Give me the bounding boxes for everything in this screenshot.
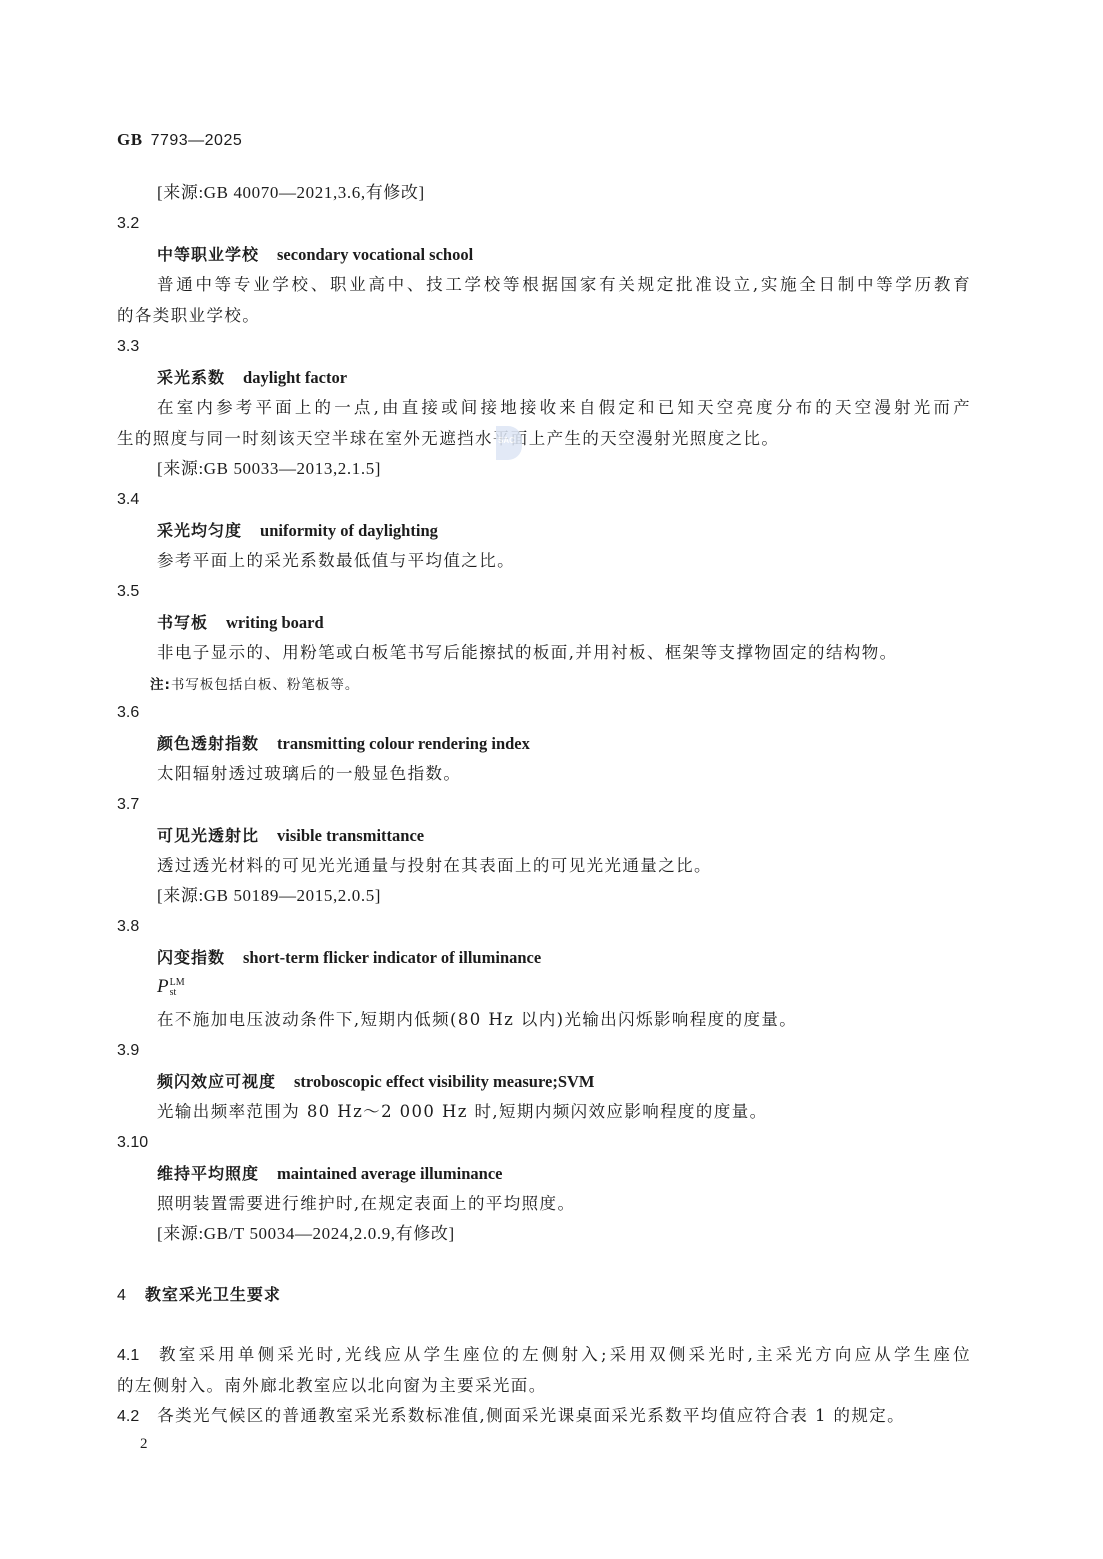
term-en: daylight factor [243, 368, 347, 387]
term-en: maintained average illuminance [277, 1164, 503, 1183]
term-heading: 采光系数daylight factor [157, 367, 971, 389]
definition-line: 在不施加电压波动条件下,短期内低频(80 Hz 以内)光输出闪烁影响程度的度量。 [157, 1009, 971, 1031]
watermark-text: SAC [498, 436, 515, 445]
clause-text: 教室采用单侧采光时,光线应从学生座位的左侧射入;采用双侧采光时,主采光方向应从学… [157, 1345, 971, 1364]
source-reference: [来源:GB 40070—2021,3.6,有修改] [157, 182, 971, 204]
term-number: 3.2 [117, 213, 971, 235]
term-heading: 采光均匀度uniformity of daylighting [157, 520, 971, 542]
term-zh: 采光系数 [157, 368, 225, 387]
term-heading: 闪变指数short-term flicker indicator of illu… [157, 947, 971, 969]
source-reference: [来源:GB 50189—2015,2.0.5] [157, 885, 971, 907]
term-symbol: PLMst [157, 976, 971, 998]
term-en: stroboscopic effect visibility measure;S… [294, 1072, 594, 1091]
term-zh: 维持平均照度 [157, 1164, 259, 1183]
document-header: GB7793—2025 [117, 130, 242, 150]
term-number: 3.6 [117, 702, 971, 724]
term-zh: 可见光透射比 [157, 826, 259, 845]
term-en: transmitting colour rendering index [277, 734, 530, 753]
term-en: secondary vocational school [277, 245, 473, 264]
term-heading: 可见光透射比visible transmittance [157, 825, 971, 847]
definition-line: 参考平面上的采光系数最低值与平均值之比。 [157, 550, 971, 572]
definition-line: 光输出频率范围为 80 Hz～2 000 Hz 时,短期内频闪效应影响程度的度量… [157, 1101, 971, 1123]
standard-number: 7793—2025 [151, 132, 243, 149]
section-heading: 4教室采光卫生要求 [117, 1284, 971, 1307]
definition-line: 的各类职业学校。 [117, 305, 971, 327]
term-heading: 书写板writing board [157, 612, 971, 634]
term-heading: 频闪效应可视度stroboscopic effect visibility me… [157, 1071, 971, 1093]
clause-text: 各类光气候区的普通教室采光系数标准值,侧面采光课桌面采光系数平均值应符合表 1 … [157, 1406, 905, 1425]
term-en: short-term flicker indicator of illumina… [243, 948, 541, 967]
term-zh: 闪变指数 [157, 948, 225, 967]
clause-line: 4.1教室采用单侧采光时,光线应从学生座位的左侧射入;采用双侧采光时,主采光方向… [117, 1344, 971, 1367]
term-en: uniformity of daylighting [260, 521, 438, 540]
term-zh: 采光均匀度 [157, 521, 242, 540]
clause-line: 的左侧射入。南外廊北教室应以北向窗为主要采光面。 [117, 1375, 971, 1397]
term-en: visible transmittance [277, 826, 424, 845]
page-number: 2 [140, 1436, 148, 1453]
term-en: writing board [226, 613, 324, 632]
note-label: 注: [150, 677, 171, 693]
term-zh: 书写板 [157, 613, 208, 632]
watermark-logo: SAC [496, 426, 522, 460]
section-title: 教室采光卫生要求 [145, 1285, 281, 1304]
term-number: 3.5 [117, 581, 971, 603]
term-zh: 颜色透射指数 [157, 734, 259, 753]
definition-line: 照明装置需要进行维护时,在规定表面上的平均照度。 [157, 1193, 971, 1215]
term-heading: 维持平均照度maintained average illuminance [157, 1163, 971, 1185]
term-number: 3.8 [117, 916, 971, 938]
definition-line: 在室内参考平面上的一点,由直接或间接地接收来自假定和已知天空亮度分布的天空漫射光… [157, 397, 971, 419]
definition-line: 太阳辐射透过玻璃后的一般显色指数。 [157, 763, 971, 785]
term-number: 3.10 [117, 1132, 971, 1154]
definition-line: 生的照度与同一时刻该天空半球在室外无遮挡水平面上产生的天空漫射光照度之比。 [117, 428, 971, 450]
clause-number: 4.1 [117, 1347, 139, 1364]
standard-prefix: GB [117, 130, 143, 149]
note-text: 书写板包括白板、粉笔板等。 [171, 677, 360, 693]
section-number: 4 [117, 1287, 127, 1304]
term-heading: 颜色透射指数transmitting colour rendering inde… [157, 733, 971, 755]
clause-line: 4.2各类光气候区的普通教室采光系数标准值,侧面采光课桌面采光系数平均值应符合表… [117, 1405, 971, 1428]
symbol-scripts: LMst [170, 978, 185, 998]
definition-line: 非电子显示的、用粉笔或白板笔书写后能擦拭的板面,并用衬板、框架等支撑物固定的结构… [157, 642, 971, 664]
term-number: 3.3 [117, 336, 971, 358]
term-number: 3.9 [117, 1040, 971, 1062]
symbol-subscript: st [170, 988, 185, 998]
term-zh: 频闪效应可视度 [157, 1072, 276, 1091]
term-zh: 中等职业学校 [157, 245, 259, 264]
source-reference: [来源:GB 50033—2013,2.1.5] [157, 458, 971, 480]
definition-line: 普通中等专业学校、职业高中、技工学校等根据国家有关规定批准设立,实施全日制中等学… [157, 274, 971, 296]
term-number: 3.7 [117, 794, 971, 816]
clause-number: 4.2 [117, 1408, 139, 1425]
symbol-base: P [157, 976, 169, 997]
term-heading: 中等职业学校secondary vocational school [157, 244, 971, 266]
definition-line: 透过透光材料的可见光光通量与投射在其表面上的可见光光通量之比。 [157, 855, 971, 877]
source-reference: [来源:GB/T 50034—2024,2.0.9,有修改] [157, 1223, 971, 1245]
term-number: 3.4 [117, 489, 971, 511]
term-note: 注:书写板包括白板、粉笔板等。 [150, 674, 1004, 696]
